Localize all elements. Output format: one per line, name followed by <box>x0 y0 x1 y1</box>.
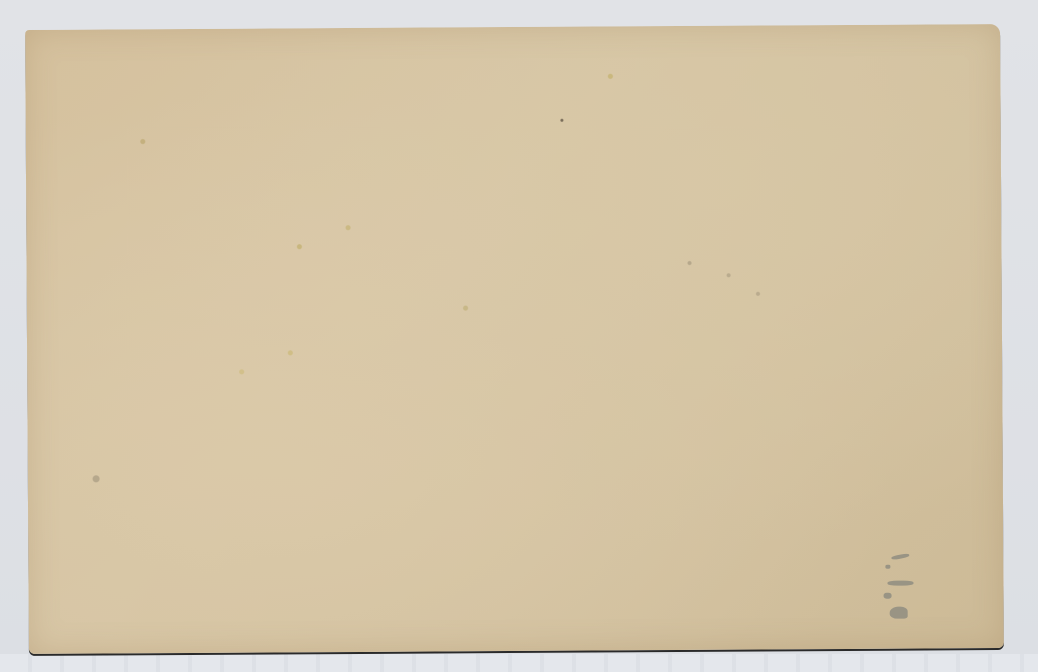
ink-mark <box>887 581 913 586</box>
aged-paper-card <box>25 24 1004 654</box>
ink-mark <box>890 607 908 619</box>
ink-mark <box>885 565 890 569</box>
scanner-edge-strip <box>0 654 1038 672</box>
ink-mark <box>891 553 909 560</box>
ink-mark <box>884 593 892 599</box>
faded-ink-marks <box>883 541 924 631</box>
